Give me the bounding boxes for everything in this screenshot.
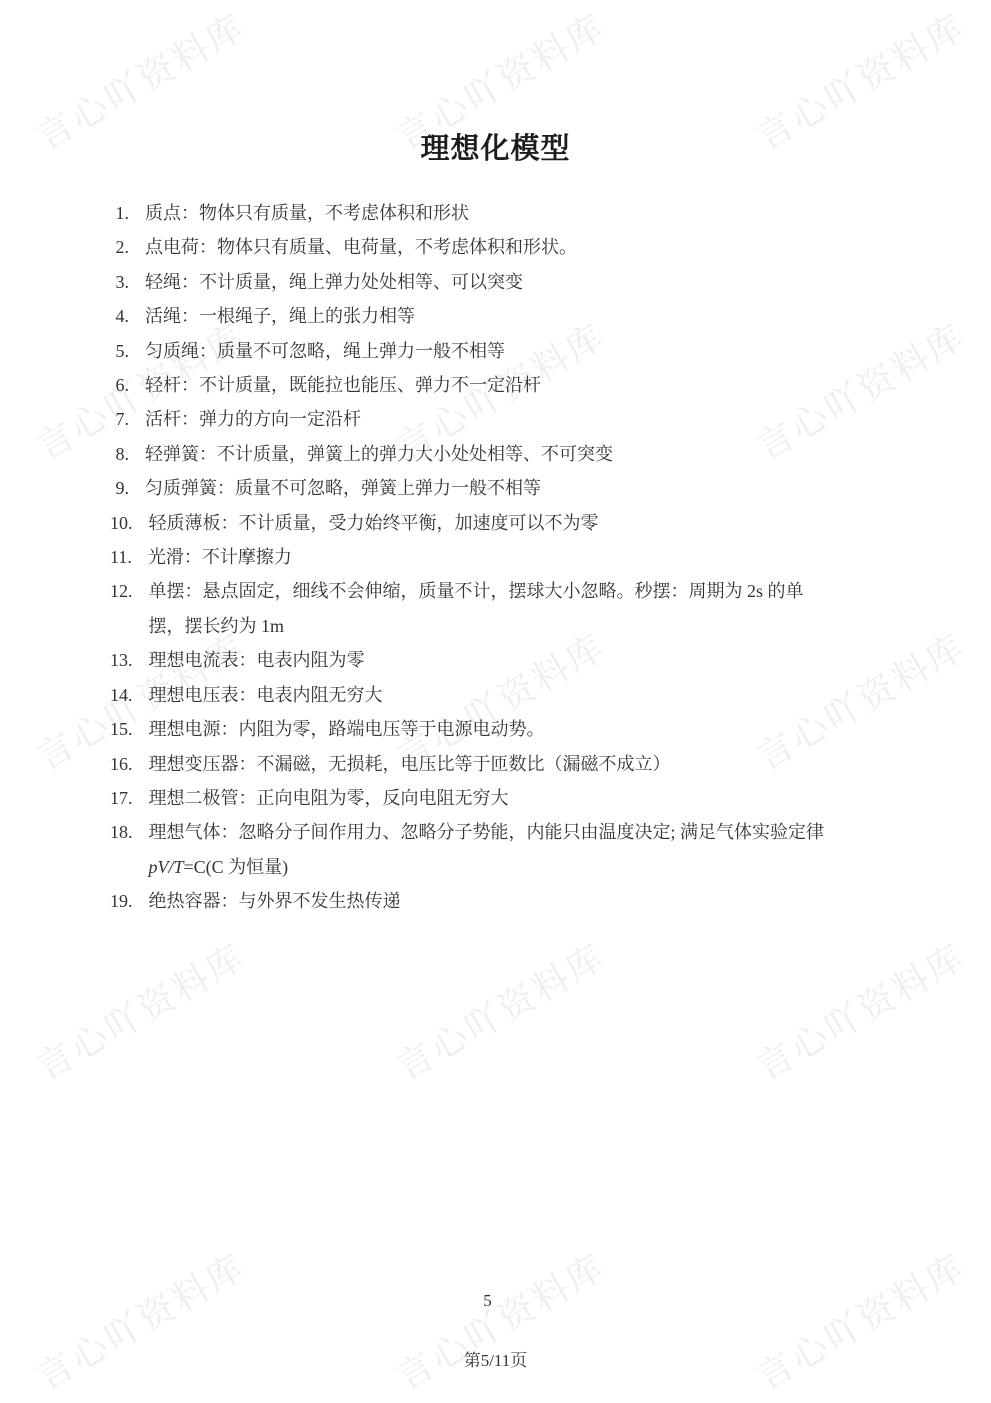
list-item: 14. 理想电压表：电表内阻无穷大: [110, 678, 855, 712]
list-item-number: 15.: [110, 712, 149, 746]
list-item-number: 11.: [110, 540, 148, 574]
list-item-number: 4.: [110, 299, 145, 333]
page-title: 理想化模型: [0, 126, 991, 167]
list-item: 15. 理想电源：内阻为零，路端电压等于电源电动势。: [110, 712, 855, 746]
list-item: 18. 理想气体：忽略分子间作用力、忽略分子势能，内能只由温度决定; 满足气体实…: [110, 815, 855, 884]
list-item-number: 16.: [110, 747, 149, 781]
list-item-text: 理想电源：内阻为零，路端电压等于电源电动势。: [149, 712, 839, 746]
list-item: 12. 单摆：悬点固定，细线不会伸缩，质量不计，摆球大小忽略。秒摆：周期为 2s…: [110, 574, 855, 643]
list-item-text: 质点：物体只有质量，不考虑体积和形状: [145, 196, 835, 230]
list-item: 6. 轻杆：不计质量，既能拉也能压、弹力不一定沿杆: [110, 368, 855, 402]
list-item-text: 轻杆：不计质量，既能拉也能压、弹力不一定沿杆: [145, 368, 835, 402]
list-item-text: 理想电流表：电表内阻为零: [149, 643, 839, 677]
list-item-text: 匀质弹簧：质量不可忽略，弹簧上弹力一般不相等: [145, 471, 835, 505]
list-item-number: 14.: [110, 678, 149, 712]
list-item-number: 8.: [110, 437, 145, 471]
list-item-number: 3.: [110, 265, 145, 299]
list-item-number: 18.: [110, 815, 149, 849]
model-list: 1. 质点：物体只有质量，不考虑体积和形状 2. 点电荷：物体只有质量、电荷量，…: [110, 196, 855, 919]
list-item: 5. 匀质绳：质量不可忽略，绳上弹力一般不相等: [110, 334, 855, 368]
page-content: 理想化模型 1. 质点：物体只有质量，不考虑体积和形状 2. 点电荷：物体只有质…: [0, 0, 991, 1403]
list-item: 8. 轻弹簧：不计质量，弹簧上的弹力大小处处相等、不可突变: [110, 437, 855, 471]
list-item-number: 17.: [110, 781, 149, 815]
list-item: 17. 理想二极管：正向电阻为零，反向电阻无穷大: [110, 781, 855, 815]
list-item: 2. 点电荷：物体只有质量、电荷量，不考虑体积和形状。: [110, 230, 855, 264]
list-item-text: 理想气体：忽略分子间作用力、忽略分子势能，内能只由温度决定; 满足气体实验定律 …: [149, 815, 839, 884]
list-item-text: 理想变压器：不漏磁，无损耗，电压比等于匝数比（漏磁不成立）: [149, 747, 839, 781]
list-item: 10. 轻质薄板：不计质量，受力始终平衡，加速度可以不为零: [110, 506, 855, 540]
list-item-text: 光滑：不计摩擦力: [148, 540, 838, 574]
list-item-number: 13.: [110, 643, 149, 677]
list-item-number: 12.: [110, 574, 149, 608]
list-item-number: 10.: [110, 506, 149, 540]
list-item-text: 单摆：悬点固定，细线不会伸缩，质量不计，摆球大小忽略。秒摆：周期为 2s 的单摆…: [149, 574, 839, 643]
document-page: { "document": { "title": "理想化模型", "water…: [0, 0, 991, 1403]
list-item-text: 轻质薄板：不计质量，受力始终平衡，加速度可以不为零: [149, 506, 839, 540]
list-item: 7. 活杆：弹力的方向一定沿杆: [110, 402, 855, 436]
list-item-number: 19.: [110, 884, 149, 918]
list-item-text: 绝热容器：与外界不发生热传递: [149, 884, 839, 918]
list-item-text: 理想二极管：正向电阻为零，反向电阻无穷大: [149, 781, 839, 815]
list-item: 16. 理想变压器：不漏磁，无损耗，电压比等于匝数比（漏磁不成立）: [110, 747, 855, 781]
page-indicator: 第5/11页: [0, 1346, 991, 1371]
gas-law-formula: pV/T=C(C 为恒量): [149, 857, 289, 877]
list-item: 13. 理想电流表：电表内阻为零: [110, 643, 855, 677]
list-item-number: 6.: [110, 368, 145, 402]
list-item-text: 点电荷：物体只有质量、电荷量，不考虑体积和形状。: [145, 230, 835, 264]
list-item-text: 轻弹簧：不计质量，弹簧上的弹力大小处处相等、不可突变: [145, 437, 835, 471]
list-item-number: 9.: [110, 471, 145, 505]
list-item-number: 2.: [110, 230, 145, 264]
list-item: 3. 轻绳：不计质量，绳上弹力处处相等、可以突变: [110, 265, 855, 299]
list-item-text: 活绳：一根绳子，绳上的张力相等: [145, 299, 835, 333]
page-number: 5: [0, 1291, 975, 1311]
list-item: 9. 匀质弹簧：质量不可忽略，弹簧上弹力一般不相等: [110, 471, 855, 505]
list-item-text: 活杆：弹力的方向一定沿杆: [145, 402, 835, 436]
list-item-number: 1.: [110, 196, 145, 230]
list-item: 1. 质点：物体只有质量，不考虑体积和形状: [110, 196, 855, 230]
list-item-number: 7.: [110, 402, 145, 436]
list-item-text: 匀质绳：质量不可忽略，绳上弹力一般不相等: [145, 334, 835, 368]
list-item: 11. 光滑：不计摩擦力: [110, 540, 855, 574]
list-item-text: 轻绳：不计质量，绳上弹力处处相等、可以突变: [145, 265, 835, 299]
list-item-text: 理想电压表：电表内阻无穷大: [149, 678, 839, 712]
list-item: 4. 活绳：一根绳子，绳上的张力相等: [110, 299, 855, 333]
list-item: 19. 绝热容器：与外界不发生热传递: [110, 884, 855, 918]
list-item-number: 5.: [110, 334, 145, 368]
